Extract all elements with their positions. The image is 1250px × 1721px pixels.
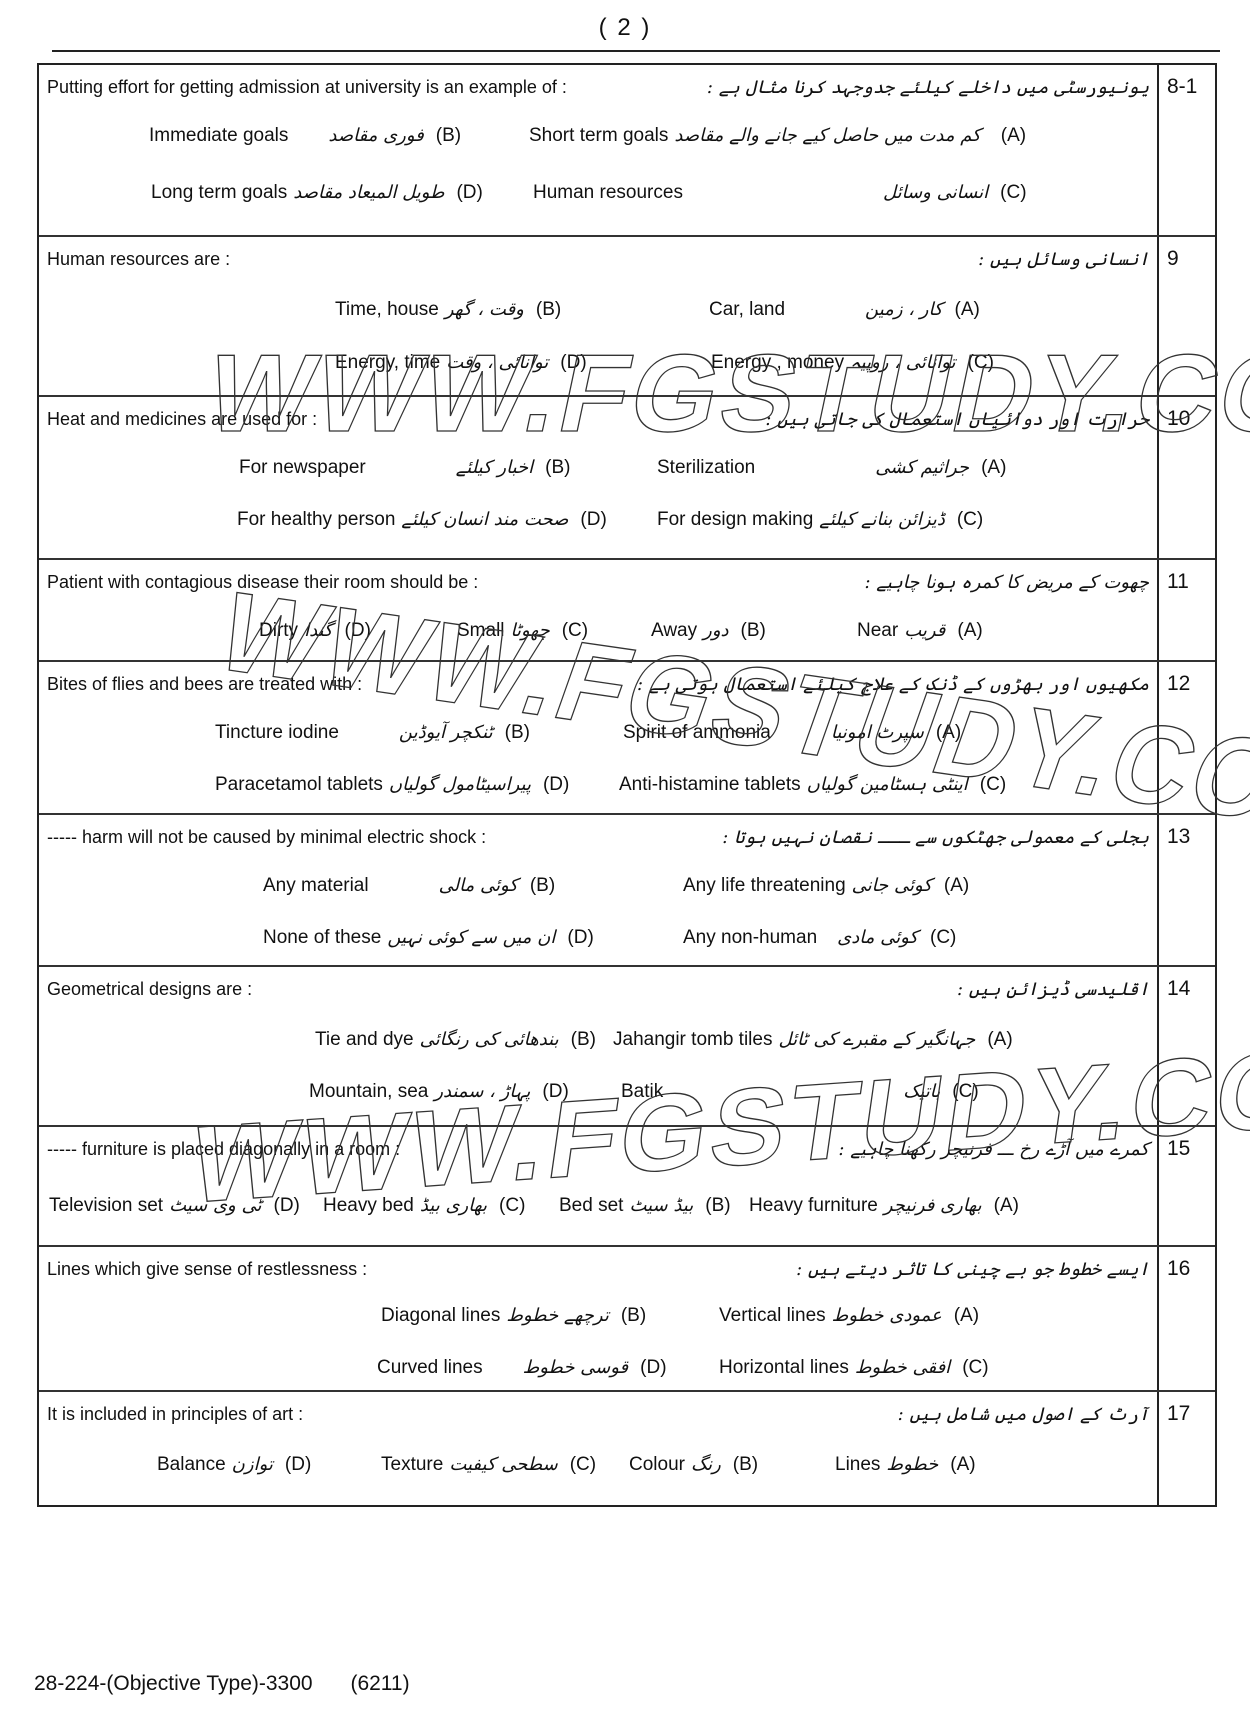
option-en: Any non-human: [683, 927, 817, 948]
option-label: (C): [952, 1081, 978, 1102]
option-en: None of these: [263, 927, 381, 948]
question-row: Patient with contagious disease their ro…: [39, 560, 1215, 662]
option-label: (A): [987, 1029, 1012, 1050]
option-c: Smallچھوٹا(C): [457, 620, 588, 642]
question-number: 14: [1157, 967, 1215, 1125]
option-ur: کوئی مالی: [439, 875, 518, 896]
option-label: (D): [345, 620, 371, 641]
option-d: Television setٹی وی سیٹ(D): [49, 1195, 300, 1217]
option-a: Vertical linesعمودی خطوط(A): [719, 1305, 979, 1327]
option-ur: ان میں سے کوئی نہیں: [387, 927, 555, 948]
option-ur: کم مدت میں حاصل کیے جانے والے مقاصد: [674, 125, 980, 146]
option-c: Batikباتیک(C): [621, 1081, 979, 1103]
option-b: Tie and dyeبندھائی کی رنگائی(B): [315, 1029, 596, 1051]
question-number: 17: [1157, 1392, 1215, 1505]
option-ur: اخبار کیلئے: [456, 457, 533, 478]
option-label: (A): [955, 299, 980, 320]
option-ur: سطحی کیفیت: [449, 1454, 557, 1475]
option-c: Horizontal linesافقی خطوط(C): [719, 1357, 989, 1379]
option-label: (D): [456, 182, 482, 203]
paper-ref: (6211): [350, 1672, 409, 1695]
option-ur: توازن: [232, 1454, 273, 1475]
option-a: Spirit of ammoniaسپرٹ امونیا(A): [623, 722, 961, 744]
stem-english: Lines which give sense of restlessness :: [47, 1259, 367, 1280]
option-ur: ٹی وی سیٹ: [169, 1195, 261, 1216]
option-d: Paracetamol tabletsپیراسیٹامول گولیاں(D): [215, 774, 569, 796]
option-ur: وقت ، گھر: [445, 299, 524, 320]
stem-urdu: بجلی کے معمولی جھٹکوں سے ـــ نقصان نہیں …: [722, 827, 1149, 848]
stem-english: Bites of flies and bees are treated with…: [47, 674, 362, 695]
option-ur: جراثیم کشی: [875, 457, 969, 478]
option-en: Paracetamol tablets: [215, 774, 383, 795]
option-label: (B): [530, 875, 555, 896]
question-row: Heat and medicines are used for :حرارت ا…: [39, 397, 1215, 560]
stem-urdu: حرارت اور دوائیاں استعمال کی جاتی ہیں :: [765, 409, 1149, 430]
option-c: Heavy bedبھاری بیڈ(C): [323, 1195, 525, 1217]
option-label: (A): [944, 875, 969, 896]
option-a: Car, landکار ، زمین(A): [709, 299, 980, 321]
option-ur: بھاری بیڈ: [420, 1195, 487, 1216]
option-label: (D): [567, 927, 593, 948]
question-body: Putting effort for getting admission at …: [39, 65, 1157, 235]
option-label: (C): [570, 1454, 596, 1475]
option-label: (D): [580, 509, 606, 530]
option-c: Energy , moneyتوانائی ، روپیہ(C): [711, 352, 994, 374]
stem-english: Heat and medicines are used for :: [47, 409, 317, 430]
option-en: Sterilization: [657, 457, 755, 478]
option-ur: بیڈ سیٹ: [629, 1195, 693, 1216]
option-c: Anti-histamine tabletsاینٹی ہسٹامین گولی…: [619, 774, 1006, 796]
option-en: Jahangir tomb tiles: [613, 1029, 772, 1050]
option-label: (B): [545, 457, 570, 478]
question-body: It is included in principles of art :آرٹ…: [39, 1392, 1157, 1505]
stem-urdu: اقلیدسی ڈیزائن ہیں :: [957, 979, 1149, 1000]
option-d: Balanceتوازن(D): [157, 1454, 311, 1476]
option-en: Long term goals: [151, 182, 287, 203]
option-label: (D): [542, 1081, 568, 1102]
option-ur: افقی خطوط: [855, 1357, 950, 1378]
stem-english: Human resources are :: [47, 249, 230, 270]
option-en: For healthy person: [237, 509, 395, 530]
option-label: (C): [1000, 182, 1026, 203]
option-c: Any non-humanکوئی مادی(C): [683, 927, 956, 949]
option-en: Lines: [835, 1454, 880, 1475]
question-body: Geometrical designs are :اقلیدسی ڈیزائن …: [39, 967, 1157, 1125]
option-label: (A): [1001, 125, 1026, 146]
option-label: (D): [285, 1454, 311, 1475]
option-a: Heavy furnitureبھاری فرنیچر(A): [749, 1195, 1019, 1217]
option-en: Curved lines: [377, 1357, 483, 1378]
option-b: Diagonal linesترچھے خطوط(B): [381, 1305, 646, 1327]
option-b: Bed setبیڈ سیٹ(B): [559, 1195, 731, 1217]
option-ur: کوئی مادی: [837, 927, 918, 948]
option-label: (B): [536, 299, 561, 320]
option-ur: انسانی وسائل: [883, 182, 988, 203]
option-en: Heavy furniture: [749, 1195, 878, 1216]
option-en: Any material: [263, 875, 369, 896]
question-number: 15: [1157, 1127, 1215, 1245]
question-number: 12: [1157, 662, 1215, 813]
option-en: Human resources: [533, 182, 683, 203]
question-number: 11: [1157, 560, 1215, 660]
option-ur: اینٹی ہسٹامین گولیاں: [807, 774, 968, 795]
option-en: Anti-histamine tablets: [619, 774, 801, 795]
option-label: (C): [930, 927, 956, 948]
option-label: (D): [274, 1195, 300, 1216]
option-ur: باتیک: [903, 1081, 940, 1102]
question-number: 16: [1157, 1247, 1215, 1390]
question-number: 9: [1157, 237, 1215, 395]
page-number: ( 2 ): [0, 14, 1250, 42]
stem-urdu: انسانی وسائل ہیں :: [978, 249, 1149, 270]
option-en: Vertical lines: [719, 1305, 826, 1326]
option-d: None of theseان میں سے کوئی نہیں(D): [263, 927, 594, 949]
question-body: Lines which give sense of restlessness :…: [39, 1247, 1157, 1390]
question-number: 8-1: [1157, 65, 1215, 235]
stem-english: ----- harm will not be caused by minimal…: [47, 827, 486, 848]
option-en: Energy, time: [335, 352, 440, 373]
question-body: Bites of flies and bees are treated with…: [39, 662, 1157, 813]
option-label: (B): [621, 1305, 646, 1326]
question-body: Human resources are :انسانی وسائل ہیں : …: [39, 237, 1157, 395]
option-label: (C): [499, 1195, 525, 1216]
stem-urdu: آرٹ کے اصول میں شامل ہیں :: [898, 1404, 1149, 1425]
option-ur: کار ، زمین: [865, 299, 942, 320]
option-en: Near: [857, 620, 898, 641]
option-ur: ٹنکچر آیوڈین: [399, 722, 493, 743]
option-ur: دور: [703, 620, 728, 641]
option-en: Tincture iodine: [215, 722, 339, 743]
option-ur: بھاری فرنیچر: [884, 1195, 982, 1216]
option-ur: ترچھے خطوط: [506, 1305, 608, 1326]
option-ur: عمودی خطوط: [832, 1305, 942, 1326]
option-en: Small: [457, 620, 505, 641]
stem-english: Geometrical designs are :: [47, 979, 252, 1000]
option-label: (D): [640, 1357, 666, 1378]
option-label: (B): [436, 125, 461, 146]
option-en: Spirit of ammonia: [623, 722, 771, 743]
option-en: Dirty: [259, 620, 298, 641]
option-a: Sterilizationجراثیم کشی(A): [657, 457, 1006, 479]
option-d: For healthy personصحت مند انسان کیلئے(D): [237, 509, 607, 531]
option-en: Heavy bed: [323, 1195, 414, 1216]
question-row: Putting effort for getting admission at …: [39, 65, 1215, 237]
option-en: Away: [651, 620, 697, 641]
option-en: Balance: [157, 1454, 226, 1475]
option-ur: پیراسیٹامول گولیاں: [389, 774, 531, 795]
option-d: Mountain, seaپہاڑ ، سمندر(D): [309, 1081, 569, 1103]
stem-english: It is included in principles of art :: [47, 1404, 303, 1425]
option-label: (C): [957, 509, 983, 530]
option-b: Colourرنگ(B): [629, 1454, 758, 1476]
option-c: Textureسطحی کیفیت(C): [381, 1454, 596, 1476]
option-en: Colour: [629, 1454, 685, 1475]
option-en: For design making: [657, 509, 813, 530]
top-rule-divider: [52, 50, 1220, 52]
questions-table: Putting effort for getting admission at …: [37, 63, 1217, 1507]
option-c: Human resourcesانسانی وسائل(C): [533, 182, 1027, 204]
option-label: (C): [968, 352, 994, 373]
question-row: Lines which give sense of restlessness :…: [39, 1247, 1215, 1392]
option-label: (A): [936, 722, 961, 743]
option-b: For newspaperاخبار کیلئے(B): [239, 457, 570, 479]
option-label: (A): [981, 457, 1006, 478]
option-label: (B): [733, 1454, 758, 1475]
question-row: It is included in principles of art :آرٹ…: [39, 1392, 1215, 1505]
option-b: Any materialکوئی مالی(B): [263, 875, 555, 897]
stem-english: Putting effort for getting admission at …: [47, 77, 567, 98]
option-ur: طویل المیعاد مقاصد: [293, 182, 444, 203]
stem-english: Patient with contagious disease their ro…: [47, 572, 478, 593]
paper-code: 28-224-(Objective Type)-3300: [34, 1672, 313, 1695]
option-label: (C): [562, 620, 588, 641]
option-ur: توانائی ، وقت: [446, 352, 548, 373]
question-body: Heat and medicines are used for :حرارت ا…: [39, 397, 1157, 558]
option-d: Dirtyگندا(D): [259, 620, 371, 642]
option-ur: خطوط: [886, 1454, 938, 1475]
stem-urdu: یونیورسٹی میں داخلے کیلئے جدوجہد کرنا مث…: [707, 77, 1149, 98]
option-label: (A): [994, 1195, 1019, 1216]
option-label: (D): [543, 774, 569, 795]
question-body: Patient with contagious disease their ro…: [39, 560, 1157, 660]
option-en: Texture: [381, 1454, 443, 1475]
option-d: Long term goalsطویل المیعاد مقاصد(D): [151, 182, 483, 204]
option-a: Jahangir tomb tilesجہانگیر کے مقبرے کی ٹ…: [613, 1029, 1013, 1051]
option-label: (B): [705, 1195, 730, 1216]
option-en: Tie and dye: [315, 1029, 414, 1050]
option-label: (B): [571, 1029, 596, 1050]
option-en: Television set: [49, 1195, 163, 1216]
option-label: (A): [957, 620, 982, 641]
option-label: (C): [980, 774, 1006, 795]
option-en: Bed set: [559, 1195, 623, 1216]
option-ur: فوری مقاصد: [328, 125, 423, 146]
question-row: Human resources are :انسانی وسائل ہیں : …: [39, 237, 1215, 397]
option-en: For newspaper: [239, 457, 366, 478]
question-number: 10: [1157, 397, 1215, 558]
option-ur: رنگ: [691, 1454, 721, 1475]
option-c: For design makingڈیزائن بنانے کیلئے(C): [657, 509, 983, 531]
option-ur: جہانگیر کے مقبرے کی ٹائل: [778, 1029, 975, 1050]
option-en: Car, land: [709, 299, 785, 320]
option-ur: بندھائی کی رنگائی: [420, 1029, 559, 1050]
option-en: Immediate goals: [149, 125, 288, 146]
option-a: Nearقریب(A): [857, 620, 983, 642]
option-b: Tincture iodineٹنکچر آیوڈین(B): [215, 722, 530, 744]
question-row: ----- furniture is placed diagonally in …: [39, 1127, 1215, 1247]
option-ur: سپرٹ امونیا: [831, 722, 924, 743]
option-ur: قوسی خطوط: [523, 1357, 629, 1378]
option-ur: گندا: [304, 620, 332, 641]
option-b: Time, houseوقت ، گھر(B): [335, 299, 561, 321]
option-ur: ڈیزائن بنانے کیلئے: [819, 509, 945, 530]
stem-urdu: چھوت کے مریض کا کمرہ ہونا چاہیے :: [864, 572, 1149, 593]
stem-urdu: ایسے خطوط جو بے چینی کا تاثر دیتے ہیں :: [796, 1259, 1149, 1280]
stem-urdu: مکھیوں اور بھڑوں کے ڈنک کے علاج کیلئے اس…: [637, 674, 1149, 695]
footer-code: 28-224-(Objective Type)-3300 (6211): [34, 1672, 442, 1696]
question-row: Geometrical designs are :اقلیدسی ڈیزائن …: [39, 967, 1215, 1127]
question-row: Bites of flies and bees are treated with…: [39, 662, 1215, 815]
option-en: Diagonal lines: [381, 1305, 500, 1326]
option-label: (B): [741, 620, 766, 641]
question-body: ----- furniture is placed diagonally in …: [39, 1127, 1157, 1245]
stem-urdu: کمرے میں آڑے رخ ـــ فرنیچر رکھنا چاہیے :: [838, 1139, 1149, 1160]
question-row: ----- harm will not be caused by minimal…: [39, 815, 1215, 967]
option-d: Curved linesقوسی خطوط(D): [377, 1357, 667, 1379]
option-d: Energy, timeتوانائی ، وقت(D): [335, 352, 587, 374]
option-label: (A): [954, 1305, 979, 1326]
option-ur: صحت مند انسان کیلئے: [401, 509, 568, 530]
option-b: Awayدور(B): [651, 620, 766, 642]
option-ur: قریب: [904, 620, 945, 641]
option-ur: کوئی جانی: [852, 875, 932, 896]
question-body: ----- harm will not be caused by minimal…: [39, 815, 1157, 965]
option-a: Any life threateningکوئی جانی(A): [683, 875, 969, 897]
option-en: Any life threatening: [683, 875, 846, 896]
option-en: Mountain, sea: [309, 1081, 428, 1102]
option-label: (D): [560, 352, 586, 373]
question-number: 13: [1157, 815, 1215, 965]
option-ur: پہاڑ ، سمندر: [434, 1081, 530, 1102]
option-en: Batik: [621, 1081, 663, 1102]
option-label: (B): [505, 722, 530, 743]
option-ur: چھوٹا: [511, 620, 550, 641]
option-en: Time, house: [335, 299, 439, 320]
option-en: Short term goals: [529, 125, 668, 146]
option-b: Immediate goalsفوری مقاصد(B): [149, 125, 461, 147]
option-a: Short term goalsکم مدت میں حاصل کیے جانے…: [529, 125, 1026, 147]
option-label: (C): [962, 1357, 988, 1378]
option-en: Horizontal lines: [719, 1357, 849, 1378]
option-label: (A): [950, 1454, 975, 1475]
option-en: Energy , money: [711, 352, 844, 373]
option-ur: توانائی ، روپیہ: [850, 352, 955, 373]
option-a: Linesخطوط(A): [835, 1454, 976, 1476]
stem-english: ----- furniture is placed diagonally in …: [47, 1139, 400, 1160]
